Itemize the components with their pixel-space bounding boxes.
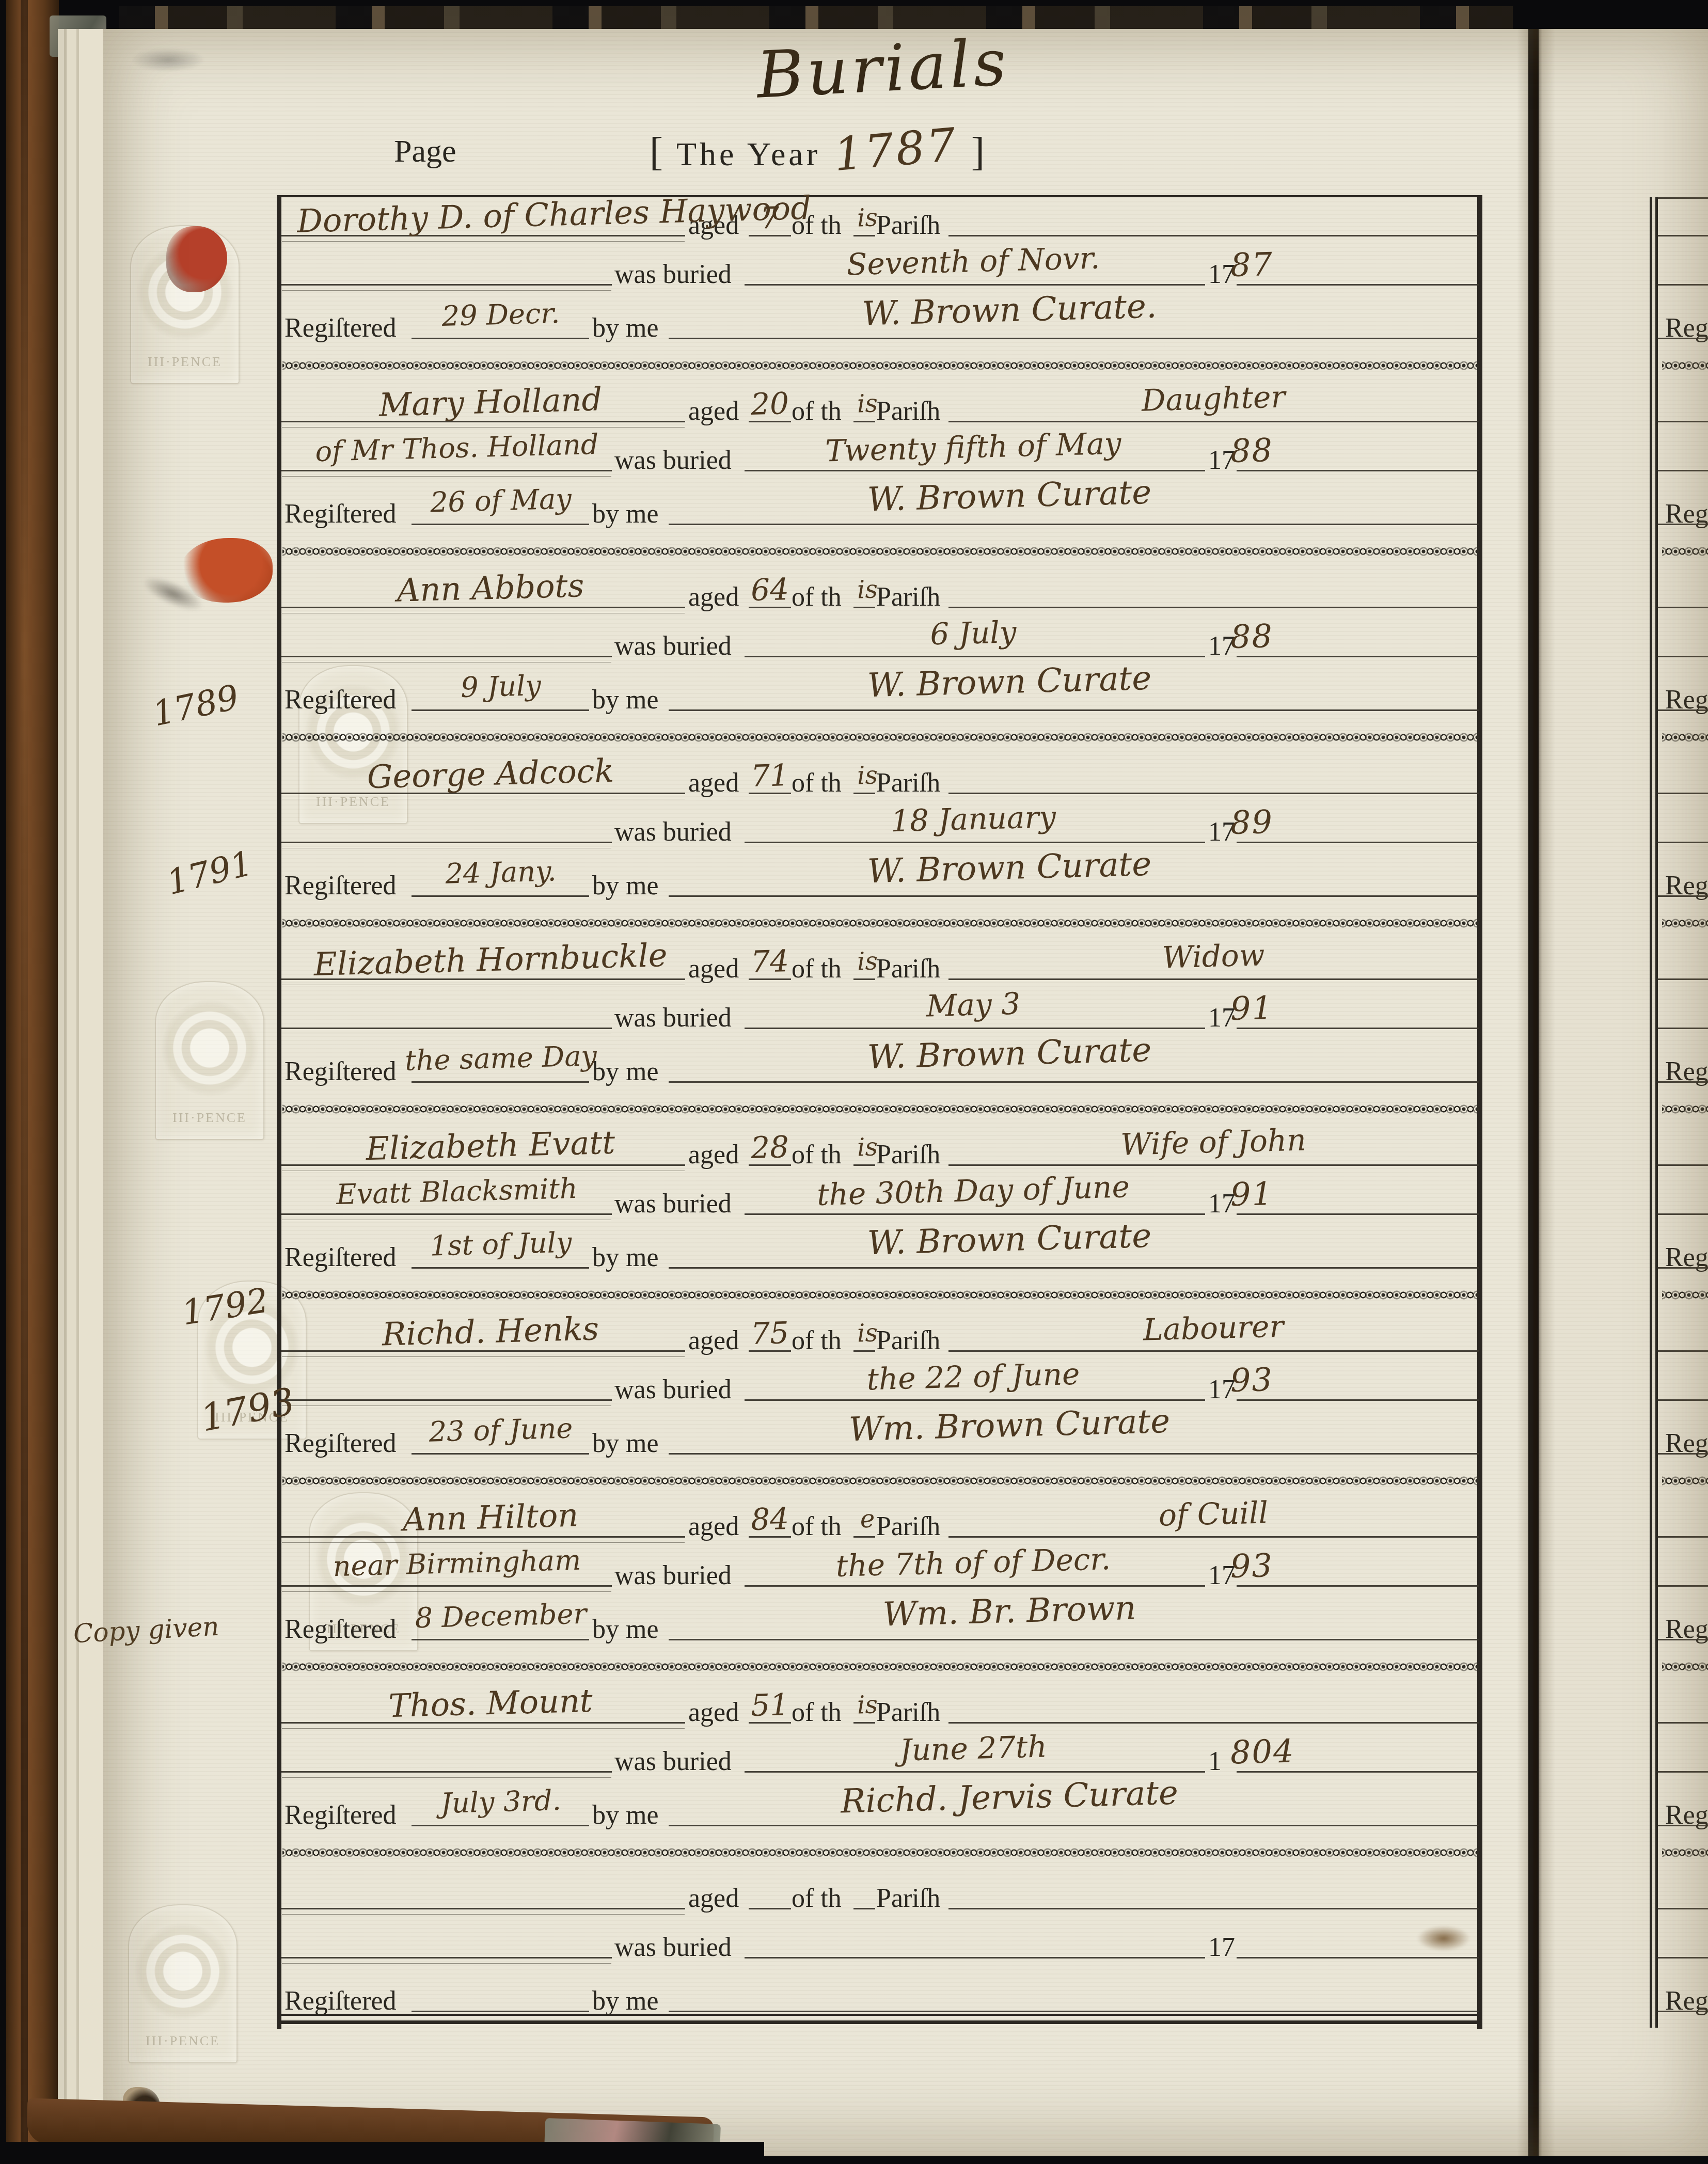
ornament-separator — [1662, 1473, 1708, 1489]
form-label-registered: Regiſtered — [284, 1242, 397, 1273]
form-label-was-buried: was buried — [614, 1932, 732, 1963]
form-label-aged: aged — [688, 1883, 739, 1914]
second-line-note — [302, 799, 612, 808]
burial-year-suffix: 91 — [1230, 1175, 1274, 1213]
deceased-name: George Adcock — [296, 750, 685, 798]
rule-line — [1658, 1536, 1708, 1538]
form-label-parish: Pariſh — [876, 396, 940, 427]
rule-line — [948, 421, 1479, 422]
rule-line — [281, 1213, 612, 1215]
deceased-age: 84 — [739, 1500, 800, 1537]
deceased-name: Elizabeth Hornbuckle — [296, 936, 685, 984]
second-line-note — [302, 1357, 612, 1365]
burial-year-suffix: 93 — [1230, 1546, 1274, 1585]
minister-signature: Wm. Brown Curate — [673, 1398, 1345, 1454]
scanned-burial-register: { "page_header": { "page_label": "Page",… — [0, 0, 1708, 2164]
rule-line — [1658, 1771, 1708, 1773]
ornament-separator — [1662, 1845, 1708, 1860]
burial-date: 6 July — [746, 609, 1200, 656]
rule-line — [412, 1639, 589, 1640]
rule-line — [281, 1957, 612, 1958]
rule-line — [1658, 1028, 1708, 1029]
minister-signature: W. Brown Curate — [673, 654, 1345, 710]
duty-stamp-text: III·PENCE — [131, 354, 239, 370]
rule-line — [669, 709, 1479, 711]
page-number-label: Page — [394, 133, 456, 170]
rule-line — [948, 978, 1479, 980]
burial-date: 18 January — [746, 795, 1200, 842]
rule-line — [281, 1908, 685, 1909]
parish-th-suffix: is — [849, 1318, 885, 1348]
ornament-separator — [282, 1287, 1480, 1303]
form-label-aged: aged — [688, 582, 739, 612]
rule-line — [853, 1908, 875, 1909]
form-label-parish: Pariſh — [876, 1511, 940, 1542]
minister-signature: W. Brown Curate — [673, 1026, 1345, 1082]
registered-date: 29 Decr. — [389, 295, 612, 334]
rule-line — [853, 421, 875, 422]
rule-line — [1658, 793, 1708, 794]
registered-date: 23 of June — [389, 1411, 612, 1449]
ornament-separator — [282, 358, 1480, 373]
minister-signature: W. Brown Curate — [673, 468, 1345, 524]
minister-signature: W. Brown Curate — [673, 1212, 1345, 1268]
rule-line — [1658, 524, 1708, 525]
year-header-label: The Year — [676, 135, 820, 173]
burial-entry: aged of th Pariſh was buried 17 Regiſter… — [281, 1498, 1482, 1684]
form-label-parish: Pariſh — [876, 210, 940, 241]
deceased-name: Ann Abbots — [296, 564, 685, 612]
rule-line — [281, 1585, 612, 1587]
form-label-was-buried: was buried — [614, 817, 732, 847]
burial-entries-table: aged of th Pariſh was buried 17 Regiſter… — [281, 197, 1482, 2025]
facing-page-table-fragment: Reg Reg Reg Reg Reg Reg Reg Reg Reg Reg — [1650, 197, 1708, 2028]
rule-line — [281, 1399, 612, 1401]
burial-date: the 22 of June — [746, 1353, 1200, 1400]
burial-year-suffix: 89 — [1230, 803, 1274, 842]
rule-line — [948, 793, 1479, 794]
second-line-note — [302, 613, 612, 622]
registered-date: the same Day — [389, 1039, 612, 1077]
rule-line — [669, 1639, 1479, 1640]
form-label-registered: Regiſtered — [284, 871, 397, 901]
rule-line — [1658, 1453, 1708, 1455]
deceased-name: Dorothy D. of Charles Haywood — [296, 192, 685, 240]
registered-date: 8 December — [389, 1597, 612, 1635]
rule-line — [1658, 235, 1708, 236]
rule-line — [853, 235, 875, 236]
deceased-age: 71 — [739, 757, 800, 794]
ornament-separator — [282, 1845, 1480, 1860]
embossed-duty-stamp: III·PENCE — [155, 981, 264, 1140]
rule-line — [745, 1957, 1205, 1958]
rule-line — [853, 1722, 875, 1724]
rule-line — [669, 1267, 1479, 1269]
parish-th-suffix: is — [849, 946, 885, 976]
rule-line — [1658, 1164, 1708, 1166]
form-label-registered: Regiſtered — [284, 1614, 397, 1645]
form-label-aged: aged — [688, 768, 739, 798]
ornament-separator — [1662, 358, 1708, 373]
burial-entry: aged of th Pariſh was buried 17 Regiſter… — [281, 1127, 1482, 1313]
form-label-parish: Pariſh — [876, 1325, 940, 1356]
rule-line — [1658, 338, 1708, 339]
form-label-parish: Pariſh — [876, 1697, 940, 1728]
form-label-was-buried: was buried — [614, 1003, 732, 1033]
deceased-name: Ann Hilton — [296, 1493, 685, 1541]
parish-th-suffix: is — [849, 1132, 885, 1162]
rule-line — [669, 524, 1479, 525]
deceased-age: 74 — [739, 943, 800, 980]
rule-line — [1658, 1825, 1708, 1826]
book-spine — [6, 0, 59, 2164]
form-label-registered: Regiſtered — [284, 1428, 397, 1459]
form-label-parish: Pariſh — [876, 1140, 940, 1170]
second-line-note: Evatt Blacksmith — [302, 1171, 612, 1212]
rule-line — [745, 1585, 1205, 1587]
ornament-separator — [1662, 1659, 1708, 1675]
burial-year-suffix: 804 — [1230, 1732, 1295, 1771]
rule-line — [412, 709, 589, 711]
rule-line — [745, 1399, 1205, 1401]
deceased-name: Mary Holland — [296, 378, 685, 426]
form-label-was-buried: was buried — [614, 1746, 732, 1777]
registered-date: July 3rd. — [389, 1782, 612, 1821]
ornament-separator — [1662, 915, 1708, 931]
burial-entry: aged of th Pariſh was buried 17 Regiſter… — [281, 197, 1482, 383]
parish-th-suffix: is — [849, 1690, 885, 1720]
rule-line — [1658, 1399, 1708, 1401]
rule-line — [669, 895, 1479, 897]
embossed-duty-stamp: III·PENCE — [128, 1904, 238, 2063]
registered-date: 24 Jany. — [389, 853, 612, 891]
year-header-value: 1787 — [832, 118, 960, 182]
form-label-parish: Pariſh — [876, 768, 940, 798]
table-border-left — [277, 195, 281, 2029]
second-line-note — [302, 1729, 612, 1737]
deceased-age: 20 — [739, 385, 800, 422]
deceased-name: Richd. Henks — [296, 1307, 685, 1355]
rule-line — [1658, 895, 1708, 897]
rule-line — [1658, 421, 1708, 422]
rule-line — [1658, 842, 1708, 843]
rule-line — [1658, 284, 1708, 286]
form-label-parish: Pariſh — [876, 1883, 940, 1914]
form-label-registered: Regiſtered — [284, 499, 397, 529]
parish-th-suffix: e — [849, 1504, 885, 1534]
rule-line — [412, 2011, 589, 2012]
second-line-note — [302, 985, 612, 993]
ink-smudge — [1410, 1922, 1478, 1955]
minister-signature: W. Brown Curate. — [673, 282, 1345, 338]
burial-date: May 3 — [746, 981, 1200, 1028]
rule-line — [853, 607, 875, 608]
form-label-parish: Pariſh — [876, 954, 940, 984]
deceased-age: 28 — [739, 1129, 800, 1165]
pencil-smudge — [116, 43, 219, 76]
duty-stamp-text: III·PENCE — [156, 1110, 263, 1126]
burial-date: June 27th — [746, 1725, 1200, 1772]
rule-line — [412, 524, 589, 525]
rule-line — [1658, 1267, 1708, 1269]
burial-entry-blank: aged of th Pariſh was buried 17 Regiſter… — [281, 1870, 1482, 2056]
form-label-was-buried: was buried — [614, 1375, 732, 1405]
minister-signature: Wm. Br. Brown — [673, 1584, 1345, 1639]
printed-year-prefix: 1 — [1208, 1746, 1222, 1777]
form-label-aged: aged — [688, 1325, 739, 1356]
form-label-parish: Pariſh — [876, 582, 940, 612]
burial-year-suffix: 93 — [1230, 1361, 1274, 1399]
ornament-separator — [1662, 1287, 1708, 1303]
form-label-was-buried: was buried — [614, 1189, 732, 1219]
rule-line — [281, 284, 612, 286]
background-bottom-edge — [0, 2142, 764, 2164]
form-label-aged: aged — [688, 1511, 739, 1542]
rule-line — [1658, 2011, 1708, 2012]
book-gutter-crease — [1533, 29, 1537, 2156]
ornament-separator — [282, 544, 1480, 559]
minister-signature: W. Brown Curate — [673, 840, 1345, 896]
second-line-note: near Birmingham — [302, 1543, 612, 1584]
form-label-was-buried: was buried — [614, 631, 732, 661]
burial-entry: aged of th Pariſh was buried 17 Regiſter… — [281, 941, 1482, 1127]
rule-line — [1658, 1722, 1708, 1724]
parish-th-suffix: is — [849, 761, 885, 791]
form-label-registered: Regiſtered — [284, 313, 397, 343]
rule-line — [1658, 709, 1708, 711]
ornament-separator — [1662, 730, 1708, 745]
parish-th-suffix: is — [849, 389, 885, 419]
rule-line — [1658, 1350, 1708, 1352]
form-label-registered: Regiſtered — [284, 685, 397, 715]
rule-line — [948, 1350, 1479, 1352]
second-line-note — [302, 242, 612, 250]
rule-line — [948, 607, 1479, 608]
ornament-separator — [282, 915, 1480, 931]
ornament-separator — [282, 1659, 1480, 1675]
rule-line — [853, 1536, 875, 1538]
rule-line — [669, 2011, 1479, 2012]
rule-line — [948, 1722, 1479, 1724]
form-label-of-th: of th — [792, 1883, 842, 1914]
rule-line — [1658, 1585, 1708, 1587]
burial-year-suffix: 88 — [1230, 617, 1274, 656]
rule-line — [412, 1267, 589, 1269]
registered-date: 26 of May — [389, 481, 612, 519]
rule-line — [412, 338, 589, 339]
form-label-aged: aged — [688, 1697, 739, 1728]
burial-date: the 7th of of Decr. — [746, 1539, 1200, 1586]
rule-line — [745, 842, 1205, 843]
book-spine-shading — [21, 0, 28, 2164]
rule-line — [1658, 607, 1708, 608]
rule-line — [1658, 1639, 1708, 1640]
burial-entry: aged of th Pariſh was buried 17 Regiſter… — [281, 755, 1482, 941]
deceased-age: 51 — [739, 1686, 800, 1723]
ornament-separator — [1662, 1101, 1708, 1117]
rule-line — [281, 656, 612, 657]
form-label-aged: aged — [688, 1140, 739, 1170]
rule-line — [948, 1536, 1479, 1538]
deceased-name: Elizabeth Evatt — [296, 1122, 685, 1170]
rule-line — [1658, 978, 1708, 980]
form-label-aged: aged — [688, 954, 739, 984]
burial-entry: aged of th Pariſh was buried 17 Regiſter… — [281, 569, 1482, 755]
red-wax-mark — [180, 538, 273, 603]
parish-th-suffix: is — [849, 203, 885, 233]
rule-line — [1658, 1081, 1708, 1083]
rule-line — [745, 284, 1205, 286]
form-label-registered: Regiſtered — [284, 1986, 397, 2016]
rule-line — [1658, 656, 1708, 657]
registered-date: 9 July — [389, 667, 612, 705]
form-label-registered: Regiſtered — [284, 1056, 397, 1087]
form-label-by-me: by me — [592, 1986, 659, 2016]
rule-line — [412, 1825, 589, 1826]
rule-line — [853, 1350, 875, 1352]
burial-year-suffix: 87 — [1230, 245, 1274, 284]
deceased-age: 7 — [739, 199, 800, 236]
burial-year-suffix: 91 — [1230, 989, 1274, 1028]
rule-line — [669, 338, 1479, 339]
page-top-edges — [119, 6, 1513, 31]
registered-date — [390, 1968, 612, 1974]
burial-entry: aged of th Pariſh was buried 17 Regiſter… — [281, 1313, 1482, 1498]
open-bracket: [ — [650, 129, 663, 175]
burial-date: the 30th Day of June — [746, 1167, 1200, 1214]
rule-line — [669, 1081, 1479, 1083]
form-label-aged: aged — [688, 396, 739, 427]
ornament-separator — [282, 730, 1480, 745]
rule-line — [853, 793, 875, 794]
rule-line — [948, 1164, 1479, 1166]
burial-date: Twenty fifth of May — [746, 423, 1200, 470]
rule-line — [745, 1213, 1205, 1215]
rule-line — [745, 470, 1205, 471]
ornament-separator — [282, 1101, 1480, 1117]
rule-line — [948, 235, 1479, 236]
burial-year-suffix: 88 — [1230, 431, 1274, 470]
form-label-registered: Regiſtered — [284, 1800, 397, 1830]
rule-line — [281, 842, 612, 843]
rule-line — [412, 1453, 589, 1455]
rule-line — [853, 1164, 875, 1166]
rule-line — [745, 1771, 1205, 1773]
rule-line — [1658, 1213, 1708, 1215]
rule-line — [1658, 470, 1708, 471]
rule-line — [948, 1908, 1479, 1909]
rule-line — [669, 1453, 1479, 1455]
rule-line — [281, 1771, 612, 1773]
parish-th-suffix: is — [849, 575, 885, 605]
form-label-was-buried: was buried — [614, 445, 732, 476]
ornament-separator — [1662, 544, 1708, 559]
registered-date: 1st of July — [389, 1225, 612, 1263]
rule-line — [745, 1028, 1205, 1029]
close-bracket: ] — [971, 129, 985, 175]
duty-stamp-text: III·PENCE — [129, 2033, 236, 2049]
rule-line — [745, 656, 1205, 657]
rule-line — [1658, 197, 1708, 199]
rule-line — [412, 1081, 589, 1083]
rule-line — [281, 1028, 612, 1029]
rule-line — [412, 895, 589, 897]
minister-signature: Richd. Jervis Curate — [673, 1770, 1345, 1825]
second-line-note: of Mr Thos. Holland — [302, 428, 612, 468]
form-label-was-buried: was buried — [614, 259, 732, 290]
form-label-was-buried: was buried — [614, 1560, 732, 1591]
rule-line — [1237, 1957, 1479, 1958]
burial-entry: aged of th Pariſh was buried 17 Regiſter… — [281, 383, 1482, 569]
deceased-age: 75 — [739, 1315, 800, 1351]
page-edge-stack — [58, 29, 105, 2136]
rule-line — [1658, 1957, 1708, 1958]
rule-line — [1658, 1908, 1708, 1909]
burial-entry: aged of th Pariſh was buried 1 Regiſtere… — [281, 1684, 1482, 1870]
deceased-name: Thos. Mount — [296, 1679, 685, 1727]
rule-line — [281, 470, 612, 471]
burial-date: Seventh of Novr. — [746, 238, 1200, 285]
rule-line — [669, 1825, 1479, 1826]
deceased-age: 64 — [739, 571, 800, 608]
ornament-separator — [282, 1473, 1480, 1489]
rule-line — [853, 978, 875, 980]
year-header: [ The Year 1787 ] — [650, 123, 985, 176]
rule-line — [749, 1908, 791, 1909]
printed-year-prefix: 17 — [1208, 1932, 1235, 1963]
